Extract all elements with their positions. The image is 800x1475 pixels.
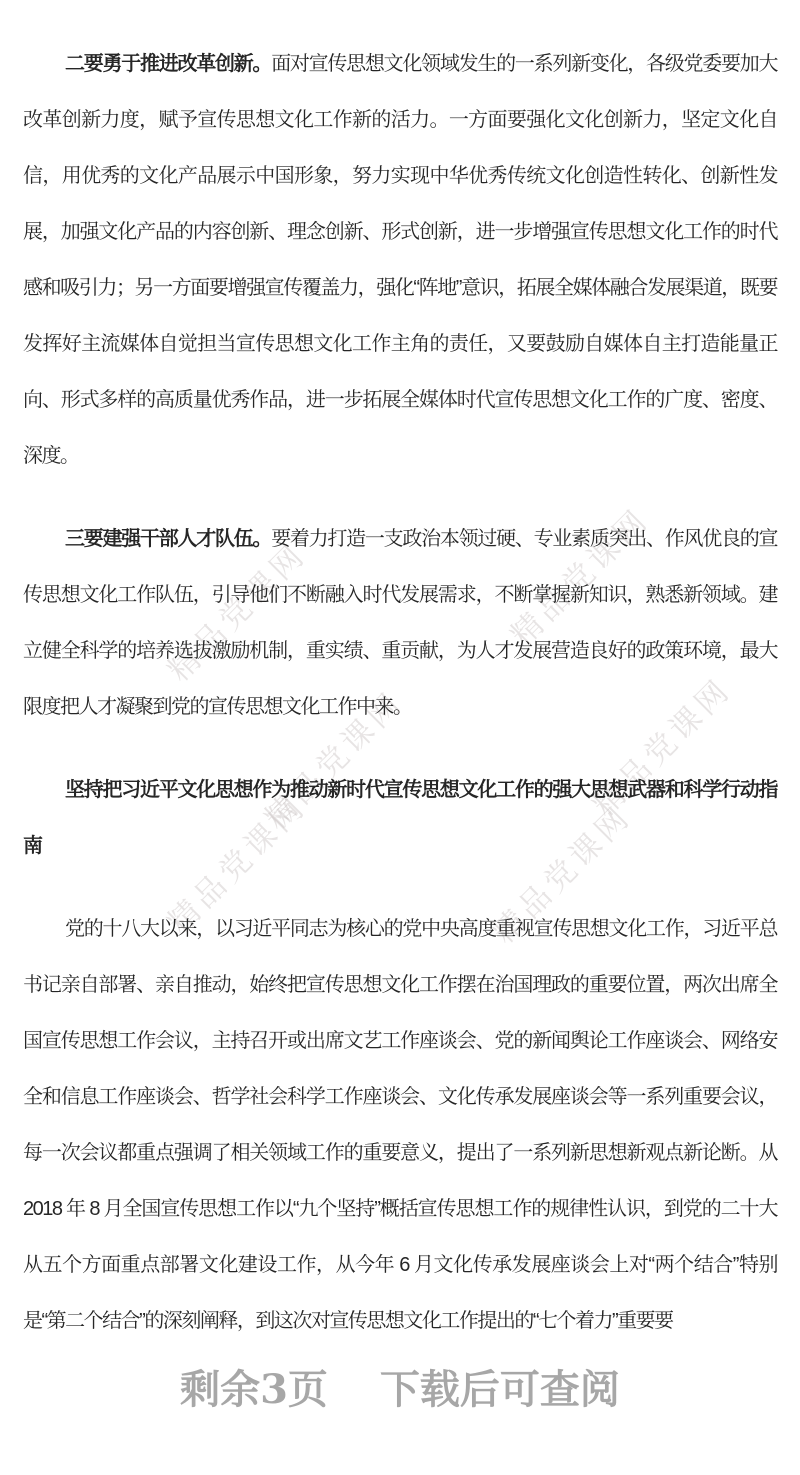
- paragraph-reform-innovation: 二要勇于推进改革创新。面对宣传思想文化领域发生的一系列新变化，各级党委要加大改革…: [23, 36, 777, 484]
- paragraph-since-18th-congress: 党的十八大以来，以习近平同志为核心的党中央高度重视宣传思想文化工作，习近平总书记…: [23, 901, 777, 1349]
- document-content: 二要勇于推进改革创新。面对宣传思想文化领域发生的一系列新变化，各级党委要加大改革…: [23, 36, 777, 1376]
- paragraph-lead: 二要勇于推进改革创新。: [65, 53, 271, 75]
- paragraph-body: 党的十八大以来，以习近平同志为核心的党中央高度重视宣传思想文化工作，习近平总书记…: [23, 918, 777, 1332]
- remaining-pages-label: 剩余3页: [180, 1368, 328, 1412]
- preview-footer: 剩余3页 下载后可查阅: [0, 1368, 800, 1412]
- section-heading-text: 坚持把习近平文化思想作为推动新时代宣传思想文化工作的强大思想武器和科学行动指南: [23, 779, 777, 857]
- document-page: 精品党课网 精品党课网 精品党课网 精品党课网 精品党课网 精品党课网 二要勇于…: [0, 0, 800, 1475]
- section-heading: 坚持把习近平文化思想作为推动新时代宣传思想文化工作的强大思想武器和科学行动指南: [23, 762, 777, 874]
- paragraph-body: 面对宣传思想文化领域发生的一系列新变化，各级党委要加大改革创新力度，赋予宣传思想…: [23, 53, 777, 467]
- paragraph-cadre-talent-team: 三要建强干部人才队伍。要着力打造一支政治本领过硬、专业素质突出、作风优良的宣传思…: [23, 511, 777, 735]
- paragraph-body: 要着力打造一支政治本领过硬、专业素质突出、作风优良的宣传思想文化工作队伍，引导他…: [23, 528, 777, 718]
- paragraph-lead: 三要建强干部人才队伍。: [65, 528, 271, 550]
- download-hint-label: 下载后可查阅: [380, 1368, 620, 1412]
